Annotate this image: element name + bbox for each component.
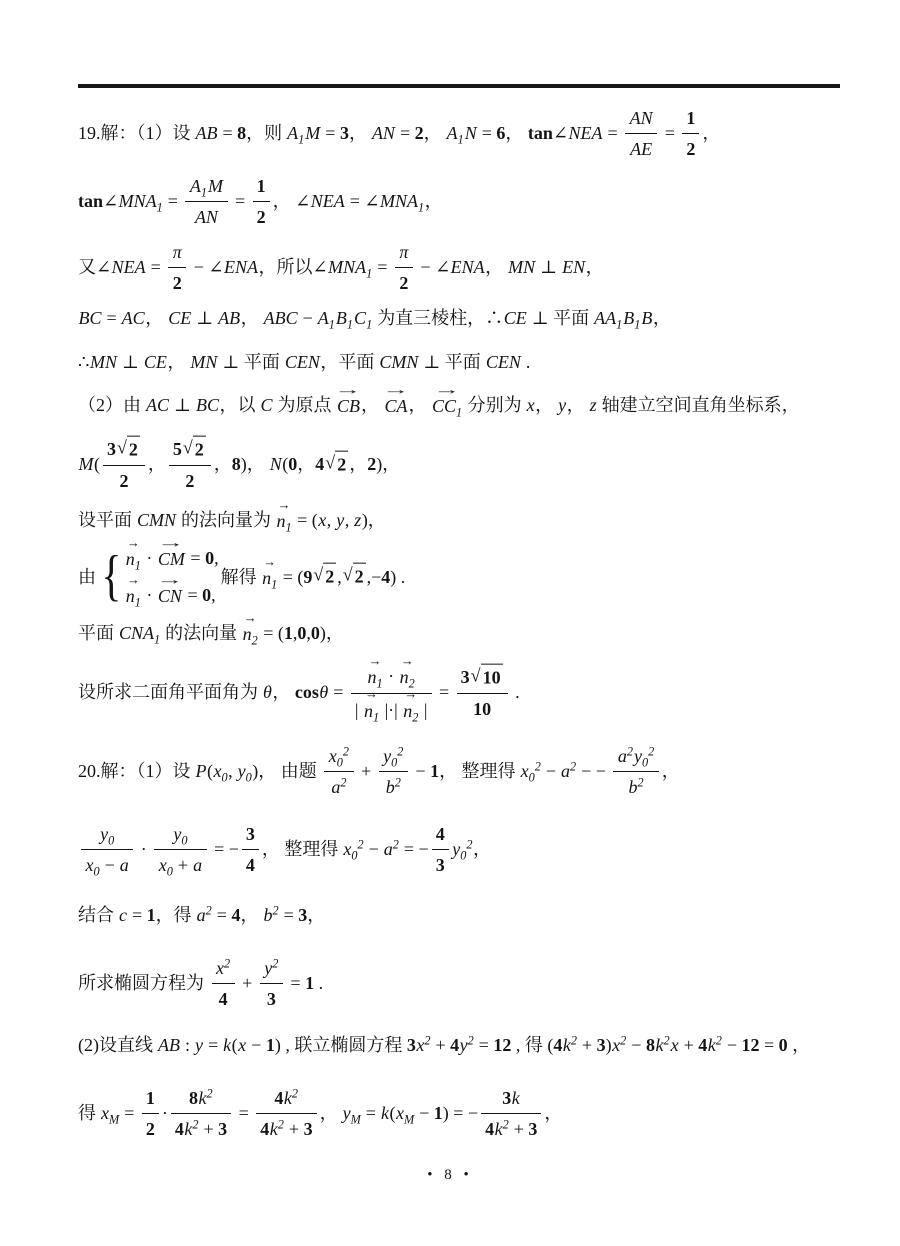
math-variable: CNA1 bbox=[119, 620, 161, 646]
math-variable: a2 bbox=[331, 774, 347, 800]
math-text: − ∠ bbox=[416, 254, 450, 280]
sqrt-radical: √2 bbox=[325, 451, 348, 478]
math-variable: a2 bbox=[196, 902, 212, 928]
math-number: 2 bbox=[185, 468, 194, 494]
math-variable: M bbox=[78, 451, 94, 477]
variable-letters: CNA bbox=[119, 623, 154, 643]
math-variable: x2 bbox=[416, 1032, 431, 1058]
variable-letters: BC bbox=[196, 395, 219, 415]
fraction: 43 bbox=[432, 820, 449, 878]
number-text: 3 bbox=[267, 989, 276, 1009]
math-text: ，则 bbox=[246, 120, 287, 146]
vector-letters: CN bbox=[158, 586, 182, 606]
fraction-numerator: y2 bbox=[260, 954, 283, 984]
math-line-7: M(3√22，5√22，8)， N(0，4√2，2)， bbox=[78, 435, 870, 494]
math-text: ， bbox=[349, 120, 372, 146]
variable-letters: k bbox=[495, 1119, 503, 1139]
variable-letters: b bbox=[386, 777, 395, 797]
math-text: · bbox=[142, 582, 157, 608]
math-text: ， bbox=[297, 451, 315, 477]
math-variable: AC bbox=[146, 392, 170, 418]
variable-letters: NEA bbox=[569, 123, 603, 143]
number-text: 5 bbox=[173, 439, 182, 459]
math-variable: k2 bbox=[184, 1116, 199, 1142]
math-variable: k2 bbox=[655, 1032, 670, 1058]
math-number: 2 bbox=[686, 136, 695, 162]
math-text: − bbox=[627, 1032, 646, 1058]
superscript: 2 bbox=[503, 1118, 509, 1132]
fraction: x02a2 bbox=[324, 742, 353, 800]
variable-letters: x bbox=[527, 395, 535, 415]
variable-letters: x bbox=[671, 1035, 679, 1055]
number-text: 8 bbox=[237, 123, 246, 143]
subscript: 0 bbox=[94, 864, 100, 878]
math-variable: A1 bbox=[287, 120, 305, 146]
math-variable: a bbox=[193, 852, 203, 878]
variable-letters: C bbox=[260, 395, 272, 415]
math-variable: MNA1 bbox=[118, 188, 163, 214]
fraction-numerator: 4k2 bbox=[256, 1084, 316, 1114]
fraction-numerator: n1 · n2 bbox=[351, 661, 432, 693]
math-text: ∠ bbox=[553, 120, 568, 146]
math-variable: BC bbox=[195, 392, 219, 418]
vector-letters: CB bbox=[337, 396, 360, 416]
math-text: ∠ bbox=[103, 188, 118, 214]
variable-letters: NEA bbox=[112, 257, 146, 277]
superscript: 2 bbox=[206, 903, 212, 917]
math-variable: x0 bbox=[213, 758, 228, 784]
fraction-numerator: y02 bbox=[379, 742, 408, 772]
math-number: 4 bbox=[315, 451, 324, 477]
math-text: = bbox=[204, 1032, 223, 1058]
variable-letters: a bbox=[618, 746, 627, 766]
math-variable: MNA1 bbox=[380, 188, 425, 214]
superscript: 2 bbox=[343, 744, 349, 758]
math-variable: y bbox=[558, 392, 567, 418]
math-text: = bbox=[660, 120, 679, 146]
math-number: 8 bbox=[189, 1085, 198, 1111]
fraction-denominator: x0 − a bbox=[81, 850, 133, 878]
number-text: 3 bbox=[304, 1119, 313, 1139]
page-number: • 8 • bbox=[0, 1167, 900, 1184]
vector: CC1 bbox=[432, 391, 462, 419]
number-text: 0 bbox=[205, 548, 214, 568]
variable-letters: y bbox=[336, 510, 344, 530]
math-number: tan bbox=[528, 120, 553, 146]
number-text: 4 bbox=[450, 1035, 459, 1055]
variable-letters: y bbox=[343, 1103, 351, 1123]
math-text: − bbox=[415, 1100, 434, 1126]
number-text: 0 bbox=[297, 623, 306, 643]
math-variable: x bbox=[670, 1032, 679, 1058]
math-text: = bbox=[435, 679, 454, 705]
fraction: 12 bbox=[142, 1084, 159, 1142]
math-text: ， bbox=[662, 758, 680, 784]
fraction-numerator: y0 bbox=[154, 820, 206, 850]
math-variable: EN bbox=[562, 254, 586, 280]
fraction: y0x0 − a bbox=[81, 820, 133, 878]
fraction-numerator: 5√2 bbox=[169, 435, 211, 466]
math-variable: B1 bbox=[335, 305, 353, 331]
math-text: 设所求二面角平面角为 bbox=[78, 679, 263, 705]
math-variable: k2 bbox=[269, 1116, 284, 1142]
math-line-8: 设平面 CMN 的法向量为 n1 = (x, y, z)， bbox=[78, 506, 870, 534]
math-variable: k2 bbox=[198, 1085, 213, 1111]
math-variable: N bbox=[269, 451, 282, 477]
math-number: 2 bbox=[367, 451, 376, 477]
number-text: 1 bbox=[430, 761, 439, 781]
superscript: 2 bbox=[638, 775, 644, 789]
fraction-numerator: A1M bbox=[185, 172, 227, 202]
subscript: 0 bbox=[181, 833, 187, 847]
variable-letters: B bbox=[336, 308, 347, 328]
math-number: 10 bbox=[473, 696, 491, 722]
math-variable: z bbox=[354, 507, 362, 533]
subscript: 1 bbox=[157, 201, 163, 215]
math-variable: CE bbox=[168, 305, 192, 331]
math-number: 9 bbox=[303, 564, 312, 590]
math-number: 0 bbox=[202, 582, 211, 608]
number-text: 3 bbox=[298, 905, 307, 925]
math-variable: x0 bbox=[158, 852, 173, 878]
number-text: 4 bbox=[219, 989, 228, 1009]
vector: CA bbox=[385, 391, 408, 419]
variable-letters: x bbox=[329, 746, 337, 766]
number-text: 2 bbox=[173, 273, 182, 293]
math-line-2: tan∠MNA1 = A1MAN = 12， ∠NEA = ∠MNA1， bbox=[78, 172, 870, 230]
sqrt-radical: √2 bbox=[117, 436, 140, 463]
fraction-denominator: 2 bbox=[395, 268, 413, 296]
math-number: 4 bbox=[231, 902, 240, 928]
number-text: 2 bbox=[686, 139, 695, 159]
variable-letters: k bbox=[512, 1088, 520, 1108]
variable-letters: AA bbox=[594, 308, 616, 328]
variable-letters: x bbox=[214, 761, 222, 781]
fraction-denominator: 2 bbox=[142, 1114, 159, 1142]
math-text: = bbox=[212, 902, 231, 928]
math-number: 3 bbox=[436, 852, 445, 878]
fraction-numerator: 4 bbox=[432, 820, 449, 850]
fraction-denominator: AN bbox=[185, 202, 227, 230]
math-variable: MNA1 bbox=[328, 254, 373, 280]
number-text: 10 bbox=[473, 699, 491, 719]
math-text: − − bbox=[577, 758, 611, 784]
math-variable: k2 bbox=[283, 1085, 298, 1111]
math-variable: a2 bbox=[383, 836, 399, 862]
math-text: ， bbox=[425, 188, 443, 214]
variable-letters: x bbox=[159, 855, 167, 875]
fraction-denominator: x0 + a bbox=[154, 850, 206, 878]
sqrt-sign: √ bbox=[313, 562, 323, 588]
subscript: 0 bbox=[246, 770, 252, 784]
math-number: 2 bbox=[415, 120, 424, 146]
math-variable: C bbox=[260, 392, 273, 418]
math-text: + bbox=[509, 1116, 528, 1142]
number-text: 3 bbox=[246, 824, 255, 844]
math-variable: b2 bbox=[385, 774, 401, 800]
number-text: tan bbox=[528, 123, 553, 143]
math-variable: k2 bbox=[562, 1032, 577, 1058]
math-text: − ∠ bbox=[189, 254, 223, 280]
variable-letters: k bbox=[381, 1103, 389, 1123]
variable-letters: x bbox=[318, 510, 326, 530]
math-variable: x02 bbox=[328, 743, 349, 769]
math-text: = − bbox=[399, 836, 428, 862]
subscript: 1 bbox=[271, 577, 277, 591]
number-text: 1 bbox=[146, 1088, 155, 1108]
math-line-11: 设所求二面角平面角为 θ， cosθ = n1 · n2| n1 |·| n2 … bbox=[78, 661, 870, 723]
math-number: 1 bbox=[430, 758, 439, 784]
variable-letters: AN bbox=[372, 123, 395, 143]
math-number: tan bbox=[78, 188, 103, 214]
math-variable: y0 bbox=[237, 758, 252, 784]
subscript: 1 bbox=[366, 317, 372, 331]
math-text: = ( bbox=[278, 564, 303, 590]
number-text: 4 bbox=[274, 1088, 283, 1108]
subscript: 1 bbox=[458, 132, 464, 146]
variable-letters: AN bbox=[630, 108, 653, 128]
math-text: ， bbox=[272, 679, 295, 705]
math-number: 3 bbox=[597, 1032, 606, 1058]
number-text: 3 bbox=[407, 1035, 416, 1055]
math-variable: A1 bbox=[189, 173, 207, 199]
math-variable: k2 bbox=[494, 1116, 509, 1142]
math-text: = bbox=[128, 902, 147, 928]
math-text: | bbox=[355, 697, 363, 723]
math-text: = bbox=[477, 120, 496, 146]
subscript: 2 bbox=[252, 634, 258, 648]
math-variable: y02 bbox=[452, 836, 473, 862]
math-variable: y0 bbox=[100, 821, 115, 847]
math-variable: AB bbox=[195, 120, 218, 146]
math-variable: c bbox=[119, 902, 128, 928]
math-variable: AN bbox=[371, 120, 395, 146]
math-variable: C1 bbox=[354, 305, 373, 331]
sqrt-radicand: 2 bbox=[323, 563, 336, 590]
variable-letters: CEN bbox=[285, 352, 320, 372]
number-text: 1 bbox=[434, 1103, 443, 1123]
variable-letters: ENA bbox=[224, 257, 258, 277]
number-text: 3 bbox=[528, 1119, 537, 1139]
math-variable: NEA bbox=[568, 120, 603, 146]
vector-letters: n bbox=[368, 667, 377, 687]
math-variable: y0 bbox=[173, 821, 188, 847]
superscript: 2 bbox=[340, 775, 346, 789]
math-variable: ENA bbox=[224, 254, 259, 280]
math-number: 3 bbox=[298, 902, 307, 928]
math-text: = bbox=[329, 679, 348, 705]
fraction-denominator: 2 bbox=[103, 466, 145, 494]
sqrt-radical: √10 bbox=[471, 664, 503, 691]
fraction: y0x0 + a bbox=[154, 820, 206, 878]
math-variable: a2 bbox=[617, 743, 633, 769]
math-number: 12 bbox=[742, 1032, 760, 1058]
math-text: , 得 ( bbox=[511, 1032, 553, 1058]
number-text: 8 bbox=[189, 1088, 198, 1108]
variable-letters: z bbox=[590, 395, 597, 415]
variable-letters: a bbox=[561, 761, 570, 781]
variable-letters: a bbox=[197, 905, 206, 925]
math-text: , bbox=[211, 582, 216, 608]
sqrt-radicand: 10 bbox=[481, 664, 503, 691]
math-text: ， ∠ bbox=[273, 188, 311, 214]
number-text: 2 bbox=[257, 207, 266, 227]
fraction-numerator: AN bbox=[625, 104, 657, 134]
fraction: a2y02b2 bbox=[613, 742, 658, 800]
math-variable: AE bbox=[630, 136, 653, 162]
math-number: 4 bbox=[260, 1116, 269, 1142]
fraction-denominator: 4 bbox=[212, 984, 235, 1012]
variable-letters: y bbox=[195, 1035, 203, 1055]
number-text: 4 bbox=[436, 824, 445, 844]
variable-letters: AE bbox=[630, 139, 652, 159]
fraction: 4k24k2 + 3 bbox=[256, 1084, 316, 1142]
math-variable: CEN bbox=[485, 349, 521, 375]
fraction: y02b2 bbox=[379, 742, 408, 800]
superscript: 2 bbox=[272, 903, 278, 917]
math-variable: x bbox=[526, 392, 535, 418]
number-text: 3 bbox=[107, 439, 116, 459]
cases-system: {n1 · CM = 0,n1 · CN = 0, bbox=[98, 544, 219, 609]
math-variable: N bbox=[464, 120, 477, 146]
math-text: 结合 bbox=[78, 902, 119, 928]
math-number: 0 bbox=[205, 545, 214, 571]
solution-content: 19.解：（1）设 AB = 8，则 A1M = 3， AN = 2， A1N … bbox=[0, 88, 900, 1143]
math-text: ) , 联立椭圆方程 bbox=[275, 1032, 407, 1058]
variable-letters: CMN bbox=[379, 352, 418, 372]
math-text: ， bbox=[567, 392, 590, 418]
math-number: 0 bbox=[297, 620, 306, 646]
vector: n2 bbox=[403, 696, 418, 724]
math-text: ， 整理得 bbox=[262, 836, 343, 862]
math-number: 3 bbox=[502, 1085, 511, 1111]
math-text: 解得 bbox=[221, 564, 262, 590]
fraction-denominator: AE bbox=[625, 134, 657, 162]
math-text: − bbox=[100, 852, 119, 878]
sqrt-sign: √ bbox=[325, 449, 335, 475]
math-number: 3 bbox=[304, 1116, 313, 1142]
superscript: 2 bbox=[393, 837, 399, 851]
number-text: 9 bbox=[303, 567, 312, 587]
math-number: 1 bbox=[305, 970, 314, 996]
fraction-numerator: 3√2 bbox=[103, 435, 145, 466]
math-line-9: 由{n1 · CM = 0,n1 · CN = 0,解得 n1 = (9√2,√… bbox=[78, 544, 870, 609]
vector: n1 bbox=[277, 506, 292, 534]
subscript: M bbox=[109, 1113, 119, 1127]
variable-letters: a bbox=[120, 855, 129, 875]
variable-letters: A bbox=[190, 176, 201, 196]
number-text: cos bbox=[295, 682, 319, 702]
number-text: 1 bbox=[686, 108, 695, 128]
number-text: 2 bbox=[185, 471, 194, 491]
number-text: 1 bbox=[147, 905, 156, 925]
math-variable: MN bbox=[89, 349, 117, 375]
variable-letters: M bbox=[305, 123, 320, 143]
variable-letters: k bbox=[223, 1035, 231, 1055]
vector-letters: n bbox=[403, 701, 412, 721]
variable-letters: MNA bbox=[119, 191, 157, 211]
math-text: · bbox=[136, 836, 151, 862]
math-variable: θ bbox=[263, 679, 273, 705]
math-variable: x02 bbox=[520, 758, 541, 784]
math-variable: A1 bbox=[317, 305, 335, 331]
number-text: 0 bbox=[288, 454, 297, 474]
math-number: 0 bbox=[311, 620, 320, 646]
math-number: 4 bbox=[553, 1032, 562, 1058]
math-text: = ( bbox=[293, 507, 318, 533]
math-text: − bbox=[364, 836, 383, 862]
math-text: . bbox=[521, 349, 530, 375]
vector: CN bbox=[158, 581, 182, 609]
variable-letters: MNA bbox=[328, 257, 366, 277]
math-variable: b2 bbox=[263, 902, 279, 928]
subscript: 2 bbox=[412, 710, 418, 724]
math-text: ∴ bbox=[78, 349, 89, 375]
math-number: 4 bbox=[485, 1116, 494, 1142]
math-number: 3 bbox=[407, 1032, 416, 1058]
fraction-denominator: b2 bbox=[379, 772, 408, 800]
math-variable: AN bbox=[194, 204, 218, 230]
math-text: · bbox=[162, 1100, 168, 1126]
variable-letters: P bbox=[196, 761, 207, 781]
math-text: − bbox=[298, 305, 317, 331]
variable-letters: CEN bbox=[486, 352, 521, 372]
number-text: 1 bbox=[266, 1035, 275, 1055]
variable-letters: x bbox=[101, 1103, 109, 1123]
math-text: (2)设直线 bbox=[78, 1032, 158, 1058]
math-text: ， bbox=[320, 1100, 343, 1126]
sqrt-radicand: 2 bbox=[353, 563, 366, 590]
math-text: ， bbox=[586, 254, 604, 280]
fraction-denominator: 2 bbox=[253, 202, 270, 230]
subscript: 1 bbox=[135, 596, 141, 610]
math-number: 1 bbox=[284, 620, 293, 646]
math-text: + bbox=[199, 1116, 218, 1142]
math-text: | bbox=[419, 697, 427, 723]
math-line-17: 得 xM = 12·8k24k2 + 3 = 4k24k2 + 3， yM = … bbox=[78, 1084, 870, 1142]
math-number: 12 bbox=[493, 1032, 511, 1058]
math-variable: ENA bbox=[450, 254, 485, 280]
math-text: − bbox=[411, 758, 430, 784]
number-text: 2 bbox=[146, 1119, 155, 1139]
sqrt-sign: √ bbox=[117, 434, 127, 460]
subscript: M bbox=[404, 1113, 414, 1127]
fraction-numerator: a2y02 bbox=[613, 742, 658, 772]
math-text: ， bbox=[148, 451, 166, 477]
superscript: 2 bbox=[620, 1034, 626, 1048]
variable-letters: a bbox=[331, 777, 340, 797]
math-text: ， bbox=[653, 305, 671, 331]
number-text: 4 bbox=[246, 855, 255, 875]
math-variable: x bbox=[238, 1032, 247, 1058]
variable-letters: θ bbox=[263, 682, 272, 702]
math-text: 为直三棱柱，∴ bbox=[373, 305, 504, 331]
math-line-10: 平面 CNA1 的法向量 n2 = (1,0,0)， bbox=[78, 619, 870, 647]
math-number: 8 bbox=[232, 451, 241, 477]
fraction-denominator: a2 bbox=[324, 772, 353, 800]
subscript: 1 bbox=[154, 633, 160, 647]
math-variable: NEA bbox=[111, 254, 146, 280]
math-number: 3 bbox=[107, 436, 116, 462]
math-number: 4 bbox=[698, 1032, 707, 1058]
math-number: cos bbox=[295, 679, 319, 705]
fraction: y23 bbox=[260, 954, 283, 1012]
math-variable: xM bbox=[101, 1100, 120, 1126]
math-number: 1 bbox=[686, 105, 695, 131]
math-text: = bbox=[279, 902, 298, 928]
variable-letters: A bbox=[447, 123, 458, 143]
math-variable: π bbox=[399, 239, 409, 265]
